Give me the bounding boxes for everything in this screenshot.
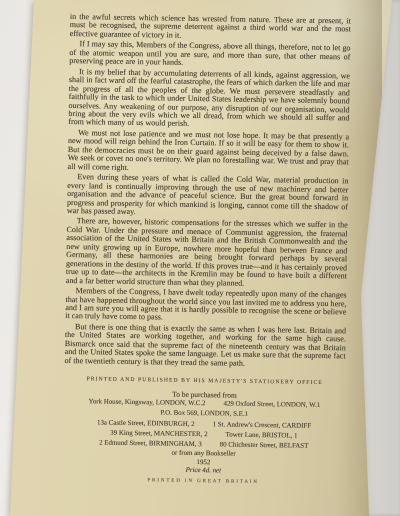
- printed-in-great-britain-line: PRINTED IN GREAT BRITAIN: [63, 477, 344, 486]
- paragraph-continuation: in the awful secrets which science has w…: [70, 13, 351, 43]
- paragraph-deterrents: It is my belief that by accumulating det…: [68, 68, 350, 132]
- address-birmingham: 2 Edmund Street, BIRMINGHAM, 3: [99, 438, 202, 450]
- document-page: in the awful secrets which science has w…: [0, 0, 400, 516]
- hmso-imprint-line: PRINTED AND PUBLISHED BY HIS MAJESTY'S S…: [64, 376, 345, 386]
- paragraph-atomic-weapon: If I may say this, Members of the Congre…: [69, 40, 350, 70]
- publisher-block: PRINTED AND PUBLISHED BY HIS MAJESTY'S S…: [63, 376, 346, 486]
- paragraph-members-of-congress: Members of the Congress, I have dwelt to…: [65, 287, 346, 325]
- paragraph-cold-war-production: Even during these years of what is calle…: [67, 173, 349, 220]
- paragraph-patience: We must not lose patience and we must no…: [68, 129, 350, 176]
- page-content: in the awful secrets which science has w…: [63, 13, 351, 486]
- scanned-document-photo: in the awful secrets which science has w…: [0, 0, 400, 516]
- address-london-left: York House, Kingsway, LONDON, W.C.2: [88, 397, 205, 409]
- paragraph-same-path: But there is one thing that is exactly t…: [64, 323, 346, 370]
- paragraph-historic-compensations: There are, however, historic compensatio…: [66, 217, 348, 289]
- paper-wrapper: in the awful secrets which science has w…: [0, 0, 400, 516]
